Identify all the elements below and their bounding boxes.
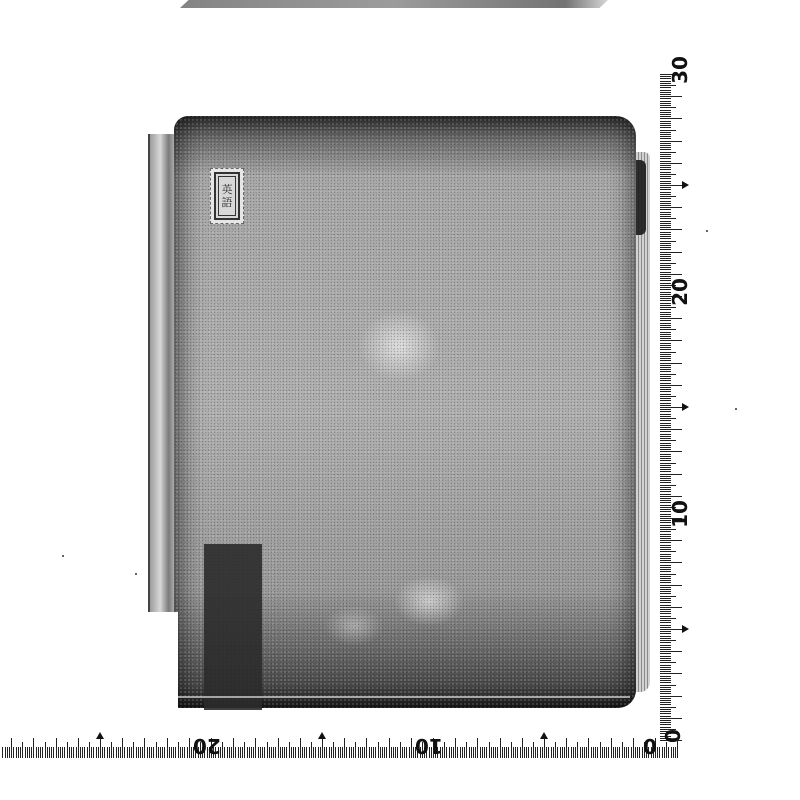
ruler-tick	[660, 456, 671, 457]
ruler-tick	[660, 418, 676, 419]
ruler-tick	[660, 90, 671, 91]
ruler-tick	[660, 529, 676, 530]
ruler-tick	[80, 747, 81, 758]
ruler-tick	[353, 747, 354, 758]
ruler-tick	[660, 662, 676, 663]
ruler-tick	[16, 747, 17, 758]
ruler-tick	[62, 747, 63, 758]
ruler-tick	[660, 323, 671, 324]
ruler-tick	[484, 747, 485, 758]
ruler-tick	[660, 567, 671, 568]
ruler-tick	[660, 414, 671, 415]
ruler-tick	[289, 742, 290, 758]
ruler-tick	[586, 747, 587, 758]
ruler-tick	[33, 738, 34, 758]
ruler-tick	[660, 391, 671, 392]
ruler-tick	[660, 454, 671, 455]
ruler-tick	[660, 143, 671, 144]
ruler-tick	[660, 711, 671, 712]
ruler-tick	[229, 747, 230, 758]
ruler-tick	[660, 205, 671, 206]
ruler-tick	[344, 738, 345, 758]
ruler-tick	[608, 747, 609, 758]
ruler-tick	[660, 589, 671, 590]
ruler-tick	[100, 738, 101, 758]
ruler-tick	[384, 747, 385, 758]
ruler-tick	[89, 742, 90, 758]
ruler-tick	[660, 558, 671, 559]
ruler-tick	[107, 747, 108, 758]
ruler-tick	[524, 747, 525, 758]
ruler-tick	[593, 747, 594, 758]
ruler-tick	[278, 738, 279, 758]
ruler-tick	[660, 498, 671, 499]
ruler-tick	[660, 689, 671, 690]
ruler-tick	[660, 458, 671, 459]
ruler-tick	[127, 747, 128, 758]
ruler-tick	[189, 738, 190, 758]
title-char-1: 英	[222, 183, 233, 196]
ruler-tick	[602, 747, 603, 758]
ruler-tick	[660, 223, 671, 224]
ruler-tick	[660, 629, 682, 630]
ruler-tick	[249, 747, 250, 758]
ruler-tick	[660, 671, 671, 672]
ruler-tick	[660, 673, 682, 674]
ruler-tick	[402, 747, 403, 758]
ruler-tick	[120, 747, 121, 758]
ruler-tick	[338, 747, 339, 758]
ruler-tick	[233, 738, 234, 758]
ruler-tick	[660, 216, 671, 217]
ruler-tick	[306, 747, 307, 758]
ruler-tick	[660, 98, 671, 99]
ruler-tick	[171, 747, 172, 758]
ruler-tick	[473, 747, 474, 758]
ruler-tick	[660, 243, 671, 244]
ruler-tick	[244, 742, 245, 758]
ruler-tick	[455, 738, 456, 758]
ruler-tick	[660, 660, 671, 661]
ruler-tick	[660, 85, 676, 86]
ruler-tick	[660, 307, 676, 308]
ruler-tick	[82, 747, 83, 758]
ruler-tick	[446, 747, 447, 758]
ruler-tick	[660, 656, 671, 657]
ruler-tick	[411, 738, 412, 758]
ruler-tick	[660, 203, 671, 204]
ruler-tick	[660, 145, 671, 146]
ruler-tick	[362, 747, 363, 758]
ruler-tick	[660, 640, 676, 641]
ruler-tick	[660, 658, 671, 659]
ruler-tick	[660, 134, 671, 135]
ruler-tick	[391, 747, 392, 758]
ruler-tick	[660, 469, 671, 470]
ruler-tick	[660, 149, 671, 150]
ruler-tick	[173, 747, 174, 758]
ruler-tick	[660, 722, 671, 723]
ruler-tick	[660, 178, 671, 179]
ruler-tick	[180, 747, 181, 758]
ruler-tick	[151, 747, 152, 758]
ruler-tick	[582, 747, 583, 758]
ruler-tick	[45, 742, 46, 758]
ruler-tick	[660, 318, 682, 319]
ruler-tick	[660, 358, 671, 359]
ruler-tick	[255, 738, 256, 758]
ruler-tick	[451, 747, 452, 758]
ruler-tick	[660, 618, 676, 619]
ruler-tick	[2, 747, 3, 758]
ruler-tick	[489, 742, 490, 758]
ruler-tick	[660, 480, 671, 481]
ruler-tick	[660, 411, 671, 412]
horizontal-ruler: 01020	[0, 730, 690, 770]
ruler-tick	[38, 747, 39, 758]
ruler-tick	[660, 531, 671, 532]
ruler-tick	[295, 747, 296, 758]
ruler-tick	[293, 747, 294, 758]
ruler-tick	[660, 181, 671, 182]
ruler-tick	[626, 747, 627, 758]
ruler-label: 10	[670, 500, 690, 528]
ruler-tick	[660, 440, 676, 441]
ruler-tick	[660, 465, 671, 466]
ruler-tick	[335, 747, 336, 758]
ruler-tick	[22, 742, 23, 758]
ruler-tick	[286, 747, 287, 758]
ruler-tick	[375, 747, 376, 758]
ruler-tick	[660, 183, 671, 184]
ruler-tick	[660, 434, 671, 435]
ruler-tick	[660, 580, 671, 581]
ruler-tick	[660, 174, 676, 175]
ruler-tick	[660, 227, 671, 228]
ruler-tick	[449, 747, 450, 758]
ruler-tick	[660, 309, 671, 310]
ruler-tick	[660, 427, 671, 428]
ruler-tick	[660, 389, 671, 390]
ruler-tick	[657, 747, 658, 758]
ruler-tick	[660, 431, 671, 432]
ruler-tick	[660, 540, 682, 541]
ruler-tick	[222, 742, 223, 758]
ruler-tick	[366, 738, 367, 758]
ruler-tick	[91, 747, 92, 758]
ruler-tick	[444, 742, 445, 758]
ruler-tick	[660, 127, 671, 128]
ruler-tick	[660, 387, 671, 388]
ruler-tick	[271, 747, 272, 758]
ruler-tick	[511, 742, 512, 758]
ruler-tick	[224, 747, 225, 758]
ruler-tick	[475, 747, 476, 758]
ruler-tick	[102, 747, 103, 758]
ruler-tick	[664, 747, 665, 758]
ruler-tick	[660, 545, 671, 546]
ruler-tick	[349, 747, 350, 758]
ruler-tick	[240, 747, 241, 758]
ruler-tick	[355, 742, 356, 758]
ruler-tick	[553, 747, 554, 758]
ruler-tick	[575, 747, 576, 758]
ruler-tick	[369, 747, 370, 758]
ruler-tick	[109, 747, 110, 758]
ruler-tick	[660, 716, 671, 717]
ruler-tick	[660, 691, 671, 692]
ruler-tick	[660, 633, 671, 634]
ruler-tick	[660, 276, 671, 277]
ruler-tick	[660, 189, 671, 190]
ruler-tick	[264, 747, 265, 758]
dust-speck	[706, 230, 708, 232]
ruler-tick	[660, 569, 671, 570]
ruler-tick	[238, 747, 239, 758]
ruler-tick	[382, 747, 383, 758]
ruler-tick	[158, 747, 159, 758]
ruler-tick	[284, 747, 285, 758]
ruler-tick	[386, 747, 387, 758]
ruler-tick	[122, 738, 123, 758]
ruler-tick	[660, 665, 671, 666]
ruler-tick	[31, 747, 32, 758]
ruler-tick	[660, 429, 682, 430]
ruler-tick	[660, 212, 671, 213]
ruler-tick	[660, 385, 682, 386]
ruler-tick	[18, 747, 19, 758]
ruler-tick	[660, 613, 671, 614]
ruler-tick	[118, 747, 119, 758]
dust-speck	[62, 555, 64, 557]
ruler-tick	[660, 338, 671, 339]
ruler-tick	[73, 747, 74, 758]
ruler-tick	[260, 747, 261, 758]
ruler-tick	[113, 747, 114, 758]
ruler-tick	[660, 256, 671, 257]
dark-patch	[204, 544, 262, 710]
ruler-tick	[660, 396, 676, 397]
ruler-tick	[660, 718, 682, 719]
ruler-tick	[588, 738, 589, 758]
ruler-tick	[175, 747, 176, 758]
ruler-tick	[184, 747, 185, 758]
ruler-tick	[76, 747, 77, 758]
ruler-tick	[660, 378, 671, 379]
ruler-tick	[291, 747, 292, 758]
ruler-tick	[87, 747, 88, 758]
ruler-tick	[156, 742, 157, 758]
ruler-tick	[167, 738, 168, 758]
ruler-tick	[660, 574, 676, 575]
ruler-tick	[78, 738, 79, 758]
ruler-tick	[520, 747, 521, 758]
ruler-tick	[660, 185, 682, 186]
ruler-tick	[309, 747, 310, 758]
ruler-tick	[133, 742, 134, 758]
ruler-tick	[660, 704, 671, 705]
ruler-tick	[660, 669, 671, 670]
ruler-tick	[542, 747, 543, 758]
ruler-tick	[660, 207, 682, 208]
ruler-tick	[660, 172, 671, 173]
ruler-tick	[300, 738, 301, 758]
ruler-tick	[136, 747, 137, 758]
ruler-tick	[660, 274, 682, 275]
spine-cutout	[148, 612, 178, 722]
ruler-tick	[660, 165, 671, 166]
ruler-tick	[660, 141, 682, 142]
ruler-tick	[182, 747, 183, 758]
ruler-tick	[302, 747, 303, 758]
ruler-tick	[660, 363, 682, 364]
ruler-tick	[660, 196, 676, 197]
ruler-tick	[619, 747, 620, 758]
ruler-tick	[47, 747, 48, 758]
ruler-tick	[660, 209, 671, 210]
ruler-tick	[231, 747, 232, 758]
ruler-tick	[393, 747, 394, 758]
ruler-tick	[131, 747, 132, 758]
ruler-tick	[660, 152, 676, 153]
ruler-tick	[660, 118, 682, 119]
ruler-tick	[660, 107, 676, 108]
ruler-tick	[660, 329, 676, 330]
ruler-tick	[660, 416, 671, 417]
ruler-tick	[7, 747, 8, 758]
ruler-tick	[535, 747, 536, 758]
ruler-tick	[600, 742, 601, 758]
ruler-tick	[660, 110, 671, 111]
ruler-tick	[660, 365, 671, 366]
ruler-tick	[660, 609, 671, 610]
ruler-tick	[660, 496, 682, 497]
ruler-tick	[409, 747, 410, 758]
ruler-tick	[116, 747, 117, 758]
ruler-tick	[342, 747, 343, 758]
ruler-tick	[660, 147, 671, 148]
ruler-tick	[617, 747, 618, 758]
ruler-tick	[660, 236, 671, 237]
ruler-tick	[660, 380, 671, 381]
ruler-tick	[660, 383, 671, 384]
ruler-tick	[660, 263, 676, 264]
ruler-arrow-icon	[318, 732, 326, 739]
ruler-tick	[660, 343, 671, 344]
ruler-tick	[611, 738, 612, 758]
ruler-tick	[660, 707, 676, 708]
ruler-tick	[506, 747, 507, 758]
ruler-tick	[660, 352, 676, 353]
ruler-tick	[660, 138, 671, 139]
ruler-tick	[660, 698, 671, 699]
ruler-tick	[660, 467, 671, 468]
ruler-tick	[660, 103, 671, 104]
ruler-tick	[304, 747, 305, 758]
ruler-tick	[389, 738, 390, 758]
ruler-tick	[140, 747, 141, 758]
ruler-tick	[318, 747, 319, 758]
ruler-tick	[340, 747, 341, 758]
ruler-tick	[464, 747, 465, 758]
ruler-tick	[380, 747, 381, 758]
ruler-tick	[660, 451, 682, 452]
ruler-tick	[660, 247, 671, 248]
ruler-tick	[404, 747, 405, 758]
ruler-tick	[329, 747, 330, 758]
ruler-tick	[351, 747, 352, 758]
ruler-tick	[675, 747, 676, 758]
ruler-tick	[660, 121, 671, 122]
ruler-tick	[660, 593, 671, 594]
ruler-tick	[660, 625, 671, 626]
ruler-tick	[282, 747, 283, 758]
ruler-tick	[462, 747, 463, 758]
ruler-tick	[540, 747, 541, 758]
ruler-arrow-icon	[540, 732, 548, 739]
ruler-tick	[533, 742, 534, 758]
ruler-tick	[660, 576, 671, 577]
ruler-tick	[660, 482, 671, 483]
ruler-tick	[522, 738, 523, 758]
ruler-tick	[98, 747, 99, 758]
ruler-tick	[660, 680, 671, 681]
ruler-tick	[660, 161, 671, 162]
ruler-tick	[64, 747, 65, 758]
ruler-tick	[660, 187, 671, 188]
ruler-tick	[660, 471, 671, 472]
ruler-tick	[660, 647, 671, 648]
ruler-tick	[242, 747, 243, 758]
ruler-tick	[471, 747, 472, 758]
ruler-tick	[660, 598, 671, 599]
ruler-tick	[677, 738, 678, 758]
ruler-label: 20	[193, 736, 221, 756]
ruler-tick	[111, 742, 112, 758]
ruler-tick	[660, 460, 671, 461]
ruler-tick	[142, 747, 143, 758]
ruler-tick	[333, 742, 334, 758]
ruler-arrow-icon	[96, 732, 104, 739]
ruler-tick	[258, 747, 259, 758]
ruler-tick	[659, 747, 660, 758]
ruler-tick	[660, 314, 671, 315]
ruler-tick	[262, 747, 263, 758]
ruler-tick	[660, 642, 671, 643]
ruler-tick	[20, 747, 21, 758]
ruler-tick	[187, 747, 188, 758]
ruler-tick	[504, 747, 505, 758]
ruler-tick	[660, 727, 671, 728]
ruler-tick	[591, 747, 592, 758]
ruler-tick	[660, 336, 671, 337]
ruler-tick	[247, 747, 248, 758]
ruler-tick	[51, 747, 52, 758]
ruler-tick	[660, 192, 671, 193]
ruler-tick	[104, 747, 105, 758]
ruler-tick	[555, 742, 556, 758]
ruler-tick	[660, 605, 671, 606]
ruler-tick	[660, 542, 671, 543]
ruler-tick	[660, 423, 671, 424]
ruler-tick	[660, 693, 671, 694]
ruler-tick	[548, 747, 549, 758]
ruler-tick	[660, 158, 671, 159]
ruler-tick	[526, 747, 527, 758]
ruler-tick	[660, 340, 682, 341]
ruler-tick	[25, 747, 26, 758]
ruler-tick	[639, 747, 640, 758]
